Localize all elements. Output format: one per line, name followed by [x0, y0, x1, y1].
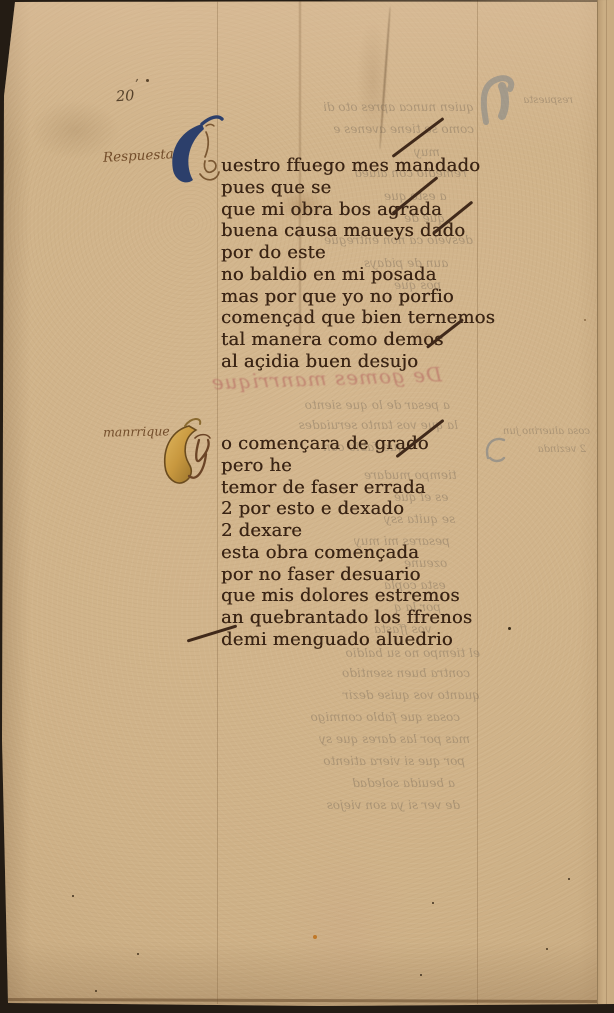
bleedthrough-text: mas por las dares que sy	[290, 732, 470, 746]
bleedthrough-text: a beuida soledad	[305, 776, 455, 790]
bleedthrough-initial-icon	[472, 72, 516, 128]
page-top-edge	[0, 0, 614, 2]
verse-line: o començara de grado	[221, 433, 472, 455]
verse-line: por no faser desuario	[221, 564, 472, 586]
parchment-page: quien nunca apres oto dicenciacomo se ti…	[0, 0, 614, 1013]
bleedthrough-text: 2 vezinda	[506, 444, 586, 455]
bleedthrough-text: cosas que fablo conmigo	[300, 710, 460, 724]
bleedthrough-text: respuesta	[518, 95, 573, 106]
verse-line: esta obra començada	[221, 542, 472, 564]
folio-number-text: 20	[115, 88, 135, 105]
verse-line: demi menguado aluedrio	[221, 629, 472, 651]
stanza-2: o començara de grado pero he temor de fa…	[221, 433, 472, 651]
bleedthrough-text: contra buen ssentido	[300, 666, 470, 680]
verse-line: no baldio en mi posada	[221, 264, 495, 286]
verse-line: 2 por esto e dexado	[221, 498, 472, 520]
bleedthrough-flourish-icon	[480, 432, 510, 466]
verse-line: temor de faser errada	[221, 477, 472, 499]
verse-line: buena causa maueys dado	[221, 220, 495, 242]
folio-number: ’ 20	[115, 87, 152, 105]
verse-line: por do este	[221, 242, 495, 264]
manuscript-photo: quien nunca apres oto dicenciacomo se ti…	[0, 0, 614, 1013]
bleedthrough-text: quanto vos quise dezir	[290, 688, 480, 702]
bleedthrough-text: por que si viera atiento	[295, 754, 465, 768]
verse-line: al açidia buen desujo	[221, 351, 495, 373]
illuminated-initial-y	[155, 414, 219, 498]
gutter-edge-line	[606, 0, 607, 1004]
bleedthrough-text: quien nunca apres oto dicencia	[324, 100, 474, 114]
folio-mark: ’	[135, 77, 140, 91]
bleedthrough-text: de ver si ya son viejos	[300, 798, 460, 812]
verse-line: an quebrantado los ffrenos	[221, 607, 472, 629]
verse-line: uestro ffuego mes mandado	[221, 155, 495, 177]
verse-line: mas por que yo no porfio	[221, 286, 495, 308]
illuminated-initial-v	[160, 114, 224, 190]
verse-line: que mis dolores estremos	[221, 585, 472, 607]
bleedthrough-text: como se tiene avenes el	[334, 122, 474, 136]
verse-line: pero he	[221, 455, 472, 477]
stanza-1: uestro ffuego mes mandado pues que se qu…	[221, 155, 495, 373]
bleedthrough-text: a pesar de lo que siento	[250, 398, 450, 412]
verse-line: pues que se	[221, 177, 495, 199]
verse-line: 2 dexare	[221, 520, 472, 542]
verse-line: tal manera como demos	[221, 329, 495, 351]
